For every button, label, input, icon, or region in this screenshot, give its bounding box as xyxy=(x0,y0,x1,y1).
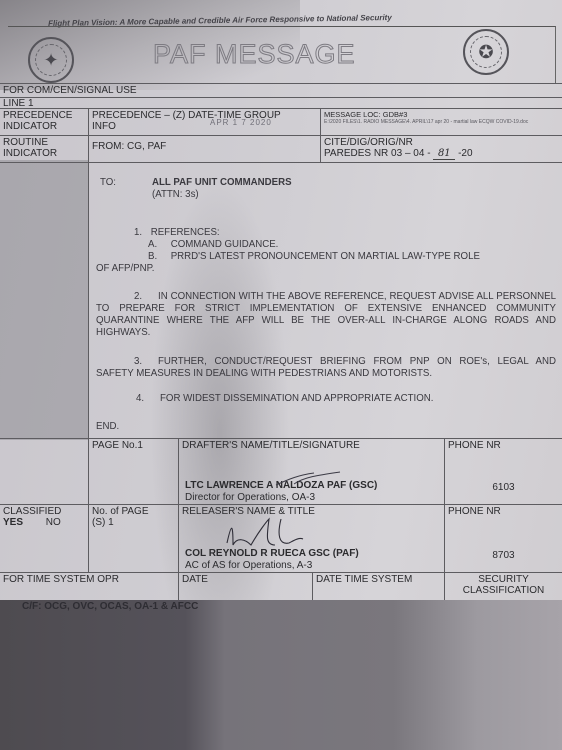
photo-background xyxy=(0,600,562,750)
to-value: ALL PAF UNIT COMMANDERS xyxy=(152,177,292,189)
copy-furnished: C/F: OCG, OVC, OCAS, OA-1 & AFCC xyxy=(22,601,198,612)
date-label: DATE xyxy=(178,573,312,602)
releaser-phone-label: PHONE NR xyxy=(448,506,559,517)
cite-prefix: PAREDES NR 03 – 04 - xyxy=(324,148,431,159)
message-loc-cell: MESSAGE LOC: GDB#3 E:\2020 FILES\1. RADI… xyxy=(320,109,562,136)
paragraph-1: 1. REFERENCES: A. COMMAND GUIDANCE. B. P… xyxy=(96,227,556,275)
message-loc-detail: E:\2020 FILES\1. RADIO MESSAGE\4. APRIL\… xyxy=(324,119,559,125)
phone-label: PHONE NR xyxy=(448,440,559,451)
document-title: PAF MESSAGE xyxy=(153,39,356,70)
drafter-phone: 6103 xyxy=(445,482,562,493)
releaser-title: AC of AS for Operations, A-3 xyxy=(185,560,312,571)
time-system-row: FOR TIME SYSTEM OPR DATE DATE TIME SYSTE… xyxy=(0,572,562,603)
security-classification-label: SECURITY CLASSIFICATION xyxy=(444,573,562,602)
drafter-cell: DRAFTER'S NAME/TITLE/SIGNATURE LTC LAWRE… xyxy=(178,439,444,505)
classified-no[interactable]: NO xyxy=(46,517,61,528)
precedence-indicator-label: PRECEDENCE INDICATOR xyxy=(0,109,88,136)
reference-text-continued: OF AFP/PNP. xyxy=(96,263,556,275)
reference-letter: B. xyxy=(148,251,168,263)
paragraph-number: 1. xyxy=(134,227,148,239)
paragraph-number: 4. xyxy=(136,393,160,405)
page-count-cell: No. of PAGE (S) 1 xyxy=(88,505,178,573)
paf-seal-icon: ✦ xyxy=(28,37,74,83)
routine-indicator-label: ROUTINE INDICATOR xyxy=(0,136,88,163)
precedence-label: PRECEDENCE – (Z) DATE-TIME GROUP xyxy=(92,110,317,121)
from-field: FROM: CG, PAF xyxy=(88,136,320,163)
drafter-title: Director for Operations, OA-3 xyxy=(185,492,315,503)
classified-label: CLASSIFIED xyxy=(3,506,85,517)
paragraph-text: REFERENCES: xyxy=(151,227,220,238)
date-time-system-label: DATE TIME SYSTEM xyxy=(312,573,444,602)
message-loc: MESSAGE LOC: GDB#3 xyxy=(324,110,559,119)
reference-text: COMMAND GUIDANCE. xyxy=(171,239,279,250)
classified-yes[interactable]: YES xyxy=(3,517,23,528)
paragraph-number: 2. xyxy=(134,291,158,303)
afp-seal-icon: ✪ xyxy=(463,29,509,75)
cite-handwritten-number: 81 xyxy=(433,148,455,160)
cite-label: CITE/DIG/ORIG/NR xyxy=(324,137,559,148)
drafter-name: LTC LAWRENCE A NALDOZA PAF (GSC) xyxy=(185,480,377,491)
info-label: INFO xyxy=(92,121,116,132)
page-no: PAGE No.1 xyxy=(88,439,178,505)
drafter-phone-cell: PHONE NR 6103 xyxy=(444,439,562,505)
time-system-opr: FOR TIME SYSTEM OPR xyxy=(0,573,178,602)
releaser-name: COL REYNOLD R RUECA GSC (PAF) xyxy=(185,548,359,559)
routine-row: ROUTINE INDICATOR FROM: CG, PAF CITE/DIG… xyxy=(0,135,562,163)
classified-cell: CLASSIFIED YES NO xyxy=(0,505,88,573)
releaser-signature xyxy=(219,515,309,549)
paragraph-3: 3.FURTHER, CONDUCT/REQUEST BRIEFING FROM… xyxy=(96,356,556,380)
body-divider xyxy=(88,162,89,438)
paragraph-2: 2.IN CONNECTION WITH THE ABOVE REFERENCE… xyxy=(96,291,556,339)
drafter-label: DRAFTER'S NAME/TITLE/SIGNATURE xyxy=(182,440,441,451)
releaser-row: CLASSIFIED YES NO No. of PAGE (S) 1 RELE… xyxy=(0,504,562,573)
precedence-cell: PRECEDENCE – (Z) DATE-TIME GROUP INFO AP… xyxy=(88,109,320,136)
date-stamp: APR 1 7 2020 xyxy=(210,117,272,128)
reference-letter: A. xyxy=(148,239,168,251)
releaser-cell: RELEASER'S NAME & TITLE COL REYNOLD R RU… xyxy=(178,505,444,573)
drafter-row: PAGE No.1 DRAFTER'S NAME/TITLE/SIGNATURE… xyxy=(0,438,562,505)
cite-suffix: -20 xyxy=(458,148,472,159)
to-label: TO: xyxy=(96,177,152,189)
paragraph-text: FURTHER, CONDUCT/REQUEST BRIEFING FROM P… xyxy=(96,356,556,379)
page-count-value: (S) 1 xyxy=(92,517,175,528)
cite-cell: CITE/DIG/ORIG/NR PAREDES NR 03 – 04 - 81… xyxy=(320,136,562,163)
paragraph-text: IN CONNECTION WITH THE ABOVE REFERENCE, … xyxy=(96,291,556,338)
end-marker: END. xyxy=(96,421,556,433)
addressee: TO: ALL PAF UNIT COMMANDERS (ATTN: 3s) xyxy=(96,177,556,201)
paragraph-text: FOR WIDEST DISSEMINATION AND APPROPRIATE… xyxy=(160,393,433,404)
precedence-row: PRECEDENCE INDICATOR PRECEDENCE – (Z) DA… xyxy=(0,108,562,136)
reference-text: PRRD'S LATEST PRONOUNCEMENT ON MARTIAL L… xyxy=(171,251,480,262)
paragraph-number: 3. xyxy=(134,356,158,368)
attn: (ATTN: 3s) xyxy=(96,189,556,201)
paragraph-4: 4.FOR WIDEST DISSEMINATION AND APPROPRIA… xyxy=(96,393,556,405)
com-cen-row: FOR COM/CEN/SIGNAL USE xyxy=(0,83,562,98)
com-cen-label: FOR COM/CEN/SIGNAL USE xyxy=(0,84,562,98)
releaser-phone: 8703 xyxy=(445,550,562,561)
releaser-phone-cell: PHONE NR 8703 xyxy=(444,505,562,573)
releaser-label: RELEASER'S NAME & TITLE xyxy=(182,506,441,517)
page-count-label: No. of PAGE xyxy=(92,506,175,517)
message-header: ✦ PAF MESSAGE ✪ xyxy=(8,26,556,84)
